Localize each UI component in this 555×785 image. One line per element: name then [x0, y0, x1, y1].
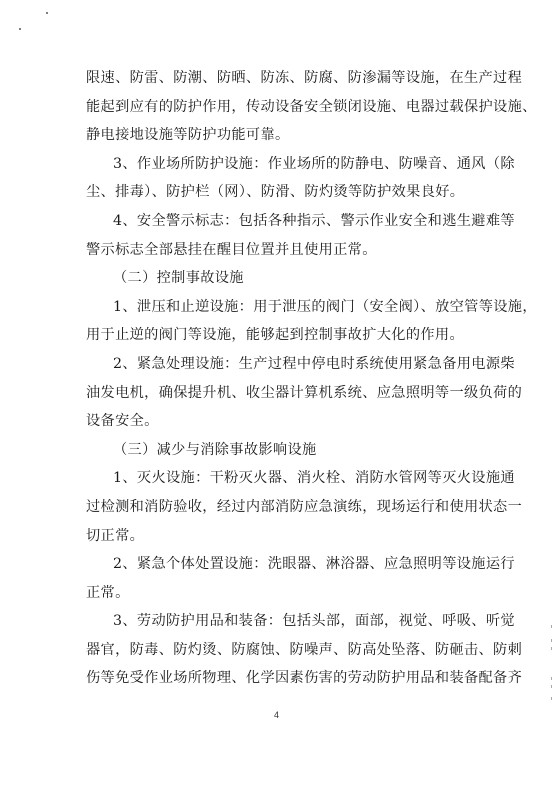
text-line: 警示标志全部悬挂在醒目位置并且使用正常。 [86, 236, 472, 265]
text-line: 过检测和消防验收，经过内部消防应急演练，现场运行和使用状态一 [86, 493, 472, 522]
text-line: 静电接地设施等防护功能可靠。 [86, 121, 472, 150]
text-line: 设备安全。 [86, 407, 472, 436]
scan-edge-marks [551, 625, 553, 725]
paragraph-start: 1、灭火设施：干粉灭火器、消火栓、消防水管网等灭火设施通 [86, 464, 472, 493]
paragraph-start: 2、紧急个体处置设施：洗眼器、淋浴器、应急照明等设施运行 [86, 550, 472, 579]
scan-speck [46, 12, 48, 14]
scan-speck [19, 28, 21, 30]
section-heading-control: （二）控制事故设施 [86, 264, 472, 293]
text-line: 尘、排毒）、防护栏（网）、防滑、防灼烫等防护效果良好。 [86, 178, 472, 207]
text-line: 切正常。 [86, 522, 472, 551]
text-line: 能起到应有的防护作用，传动设备安全锁闭设施、电器过载保护设施、 [86, 93, 472, 122]
text-line: 油发电机，确保提升机、收尘器计算机系统、应急照明等一级负荷的 [86, 379, 472, 408]
text-line: 用于止逆的阀门等设施，能够起到控制事故扩大化的作用。 [86, 321, 472, 350]
paragraph-start: 3、劳动防护用品和装备：包括头部，面部，视觉、呼吸、听觉 [86, 607, 472, 636]
paragraph-start: 4、安全警示标志：包括各种指示、警示作业安全和逃生避难等 [86, 207, 472, 236]
text-line: 器官，防毒、防灼烫、防腐蚀、防噪声、防高处坠落、防砸击、防刺 [86, 636, 472, 665]
page-number: 4 [274, 710, 279, 720]
paragraph-start: 2、紧急处理设施：生产过程中停电时系统使用紧急备用电源柴 [86, 350, 472, 379]
text-line: 伤等免受作业场所物理、化学因素伤害的劳动防护用品和装备配备齐 [86, 664, 472, 693]
text-line: 限速、防雷、防潮、防晒、防冻、防腐、防渗漏等设施，在生产过程 [86, 64, 472, 93]
document-body: 限速、防雷、防潮、防晒、防冻、防腐、防渗漏等设施，在生产过程 能起到应有的防护作… [86, 64, 472, 693]
section-heading-mitigation: （三）减少与消除事故影响设施 [86, 436, 472, 465]
paragraph-start: 1、泄压和止逆设施：用于泄压的阀门（安全阀）、放空管等设施， [86, 293, 472, 322]
text-line: 正常。 [86, 579, 472, 608]
paragraph-start: 3、作业场所防护设施：作业场所的防静电、防噪音、通风（除 [86, 150, 472, 179]
